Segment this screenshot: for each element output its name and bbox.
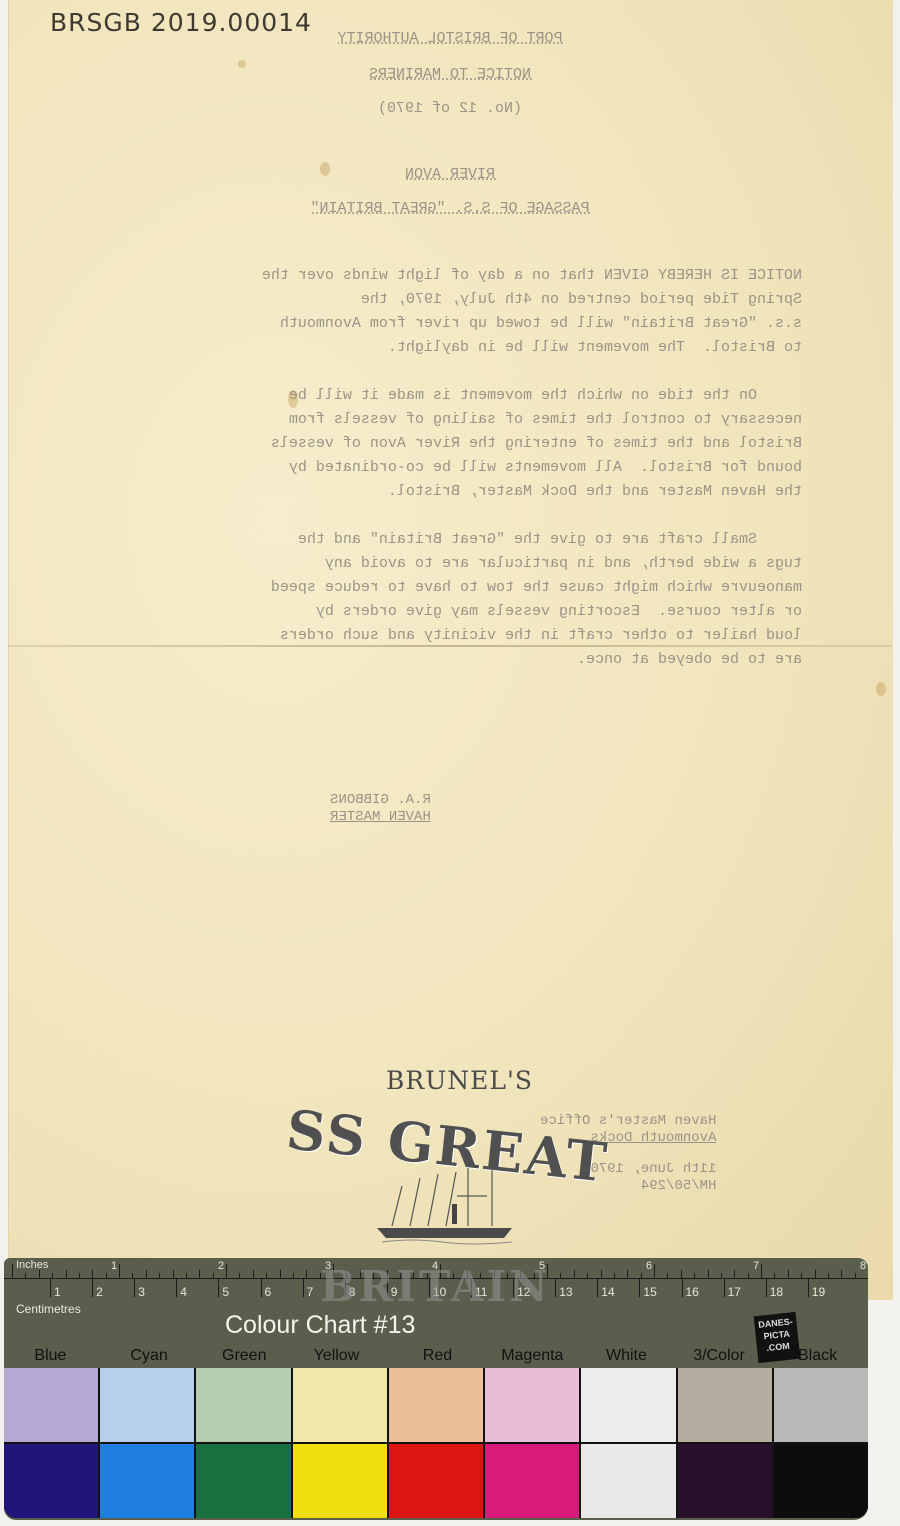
- cm-number: 7: [307, 1285, 314, 1299]
- inch-tick: [708, 1270, 709, 1278]
- swatch-dark-black: [774, 1444, 868, 1518]
- paragraph-3: Small craft are to give the "Great Brita…: [112, 528, 802, 672]
- inch-tick: [694, 1273, 695, 1278]
- swatch-label-yellow: Yellow: [314, 1347, 360, 1365]
- inch-tick: [855, 1273, 856, 1278]
- inch-tick: [574, 1270, 575, 1278]
- danes-picta-badge: DANES-PICTA .COM: [754, 1312, 801, 1363]
- swatch-dark-blue: [4, 1444, 98, 1518]
- cm-number: 5: [222, 1285, 229, 1299]
- swatch-label-white: White: [606, 1347, 647, 1365]
- swatch-dark-cyan: [100, 1444, 194, 1518]
- swatch-light-magenta: [485, 1368, 579, 1442]
- cm-tick: [218, 1279, 219, 1297]
- signatory-title: HAVEN MASTER: [330, 809, 431, 826]
- cm-number: 6: [265, 1285, 272, 1299]
- centimetres-label: Centimetres: [16, 1302, 81, 1316]
- inch-tick: [828, 1273, 829, 1278]
- swatch-label-red: Red: [423, 1347, 452, 1365]
- inch-tick: [734, 1270, 735, 1278]
- inch-number: 1: [111, 1260, 117, 1272]
- inch-tick: [186, 1273, 187, 1278]
- cm-number: 17: [728, 1285, 741, 1299]
- inch-number: 8: [860, 1260, 866, 1272]
- inch-tick: [213, 1273, 214, 1278]
- inch-tick: [614, 1273, 615, 1278]
- inch-number: 7: [753, 1260, 759, 1272]
- paragraph-2: On the tide on which the movement is mad…: [112, 384, 802, 504]
- inches-label: Inches: [16, 1259, 48, 1271]
- foxing-spot: [876, 682, 886, 696]
- paragraph-1: NOTICE IS HEREBY GIVEN that on a day of …: [112, 264, 802, 360]
- inch-tick: [654, 1264, 655, 1278]
- swatch-dark-magenta: [485, 1444, 579, 1518]
- inch-tick: [681, 1270, 682, 1278]
- swatch-label-black: Black: [798, 1347, 837, 1365]
- steamship-icon: [372, 1166, 522, 1246]
- swatch-dark-green: [196, 1444, 290, 1518]
- inch-tick: [587, 1273, 588, 1278]
- logo-britain: BRITAIN: [320, 1262, 551, 1311]
- river-heading: RIVER AVON: [0, 166, 900, 183]
- swatch-label-3-color: 3/Color: [693, 1347, 745, 1365]
- swatch-label-green: Green: [222, 1347, 266, 1365]
- inch-tick: [560, 1273, 561, 1278]
- swatch-light-green: [196, 1368, 290, 1442]
- inch-tick: [280, 1270, 281, 1278]
- swatch-light-blue: [4, 1368, 98, 1442]
- inch-tick: [641, 1273, 642, 1278]
- inch-tick: [25, 1273, 26, 1278]
- inch-tick: [748, 1273, 749, 1278]
- inch-tick: [721, 1273, 722, 1278]
- cm-tick: [766, 1279, 767, 1297]
- swatch-light-cyan: [100, 1368, 194, 1442]
- cm-tick: [261, 1279, 262, 1297]
- swatch-light-black: [774, 1368, 868, 1442]
- cm-number: 19: [812, 1285, 825, 1299]
- swatch-dark-3-color: [678, 1444, 772, 1518]
- swatch-light-white: [581, 1368, 675, 1442]
- inch-tick: [66, 1270, 67, 1278]
- inch-tick: [239, 1273, 240, 1278]
- inch-tick: [627, 1270, 628, 1278]
- swatch-dark-yellow: [293, 1444, 387, 1518]
- cm-tick: [134, 1279, 135, 1297]
- inch-tick: [39, 1270, 40, 1278]
- swatch-label-blue: Blue: [34, 1347, 66, 1365]
- inch-tick: [92, 1270, 93, 1278]
- authority-heading: PORT OF BRISTOL AUTHORITY: [0, 30, 900, 47]
- colour-chart-title: Colour Chart #13: [225, 1311, 415, 1340]
- inch-number: 2: [218, 1260, 224, 1272]
- subject-heading: PASSAGE OF S.S. "GREAT BRITAIN": [0, 200, 900, 217]
- inch-tick: [199, 1270, 200, 1278]
- inch-tick: [132, 1273, 133, 1278]
- swatch-label-cyan: Cyan: [130, 1347, 167, 1365]
- inch-tick: [815, 1270, 816, 1278]
- inch-tick: [601, 1270, 602, 1278]
- inch-tick: [173, 1270, 174, 1278]
- swatch-light-3-color: [678, 1368, 772, 1442]
- cm-tick: [50, 1279, 51, 1297]
- inch-tick: [119, 1264, 120, 1278]
- signatory-name: R.A. GIBBONS: [330, 792, 431, 809]
- inch-tick: [801, 1273, 802, 1278]
- inch-tick: [293, 1273, 294, 1278]
- cm-number: 4: [180, 1285, 187, 1299]
- logo-brunels: BRUNEL'S: [386, 1066, 533, 1095]
- cm-number: 14: [601, 1285, 614, 1299]
- notice-type-heading: NOTICE TO MARINERS: [0, 66, 900, 83]
- inch-tick: [788, 1270, 789, 1278]
- swatch-light-yellow: [293, 1368, 387, 1442]
- inch-tick: [253, 1270, 254, 1278]
- inch-tick: [146, 1270, 147, 1278]
- inch-tick: [306, 1270, 307, 1278]
- cm-tick: [176, 1279, 177, 1297]
- inch-tick: [774, 1273, 775, 1278]
- inch-tick: [52, 1273, 53, 1278]
- cm-tick: [808, 1279, 809, 1297]
- inch-tick: [841, 1270, 842, 1278]
- signature-block: R.A. GIBBONS HAVEN MASTER: [330, 792, 431, 826]
- cm-number: 15: [643, 1285, 656, 1299]
- inch-number: 6: [646, 1260, 652, 1272]
- colour-swatches: [4, 1368, 868, 1518]
- inch-tick: [106, 1273, 107, 1278]
- inch-tick: [79, 1273, 80, 1278]
- inch-tick: [159, 1273, 160, 1278]
- inch-tick: [12, 1264, 13, 1278]
- cm-number: 3: [138, 1285, 145, 1299]
- cm-tick: [639, 1279, 640, 1297]
- cm-tick: [597, 1279, 598, 1297]
- swatch-dark-white: [581, 1444, 675, 1518]
- cm-number: 2: [96, 1285, 103, 1299]
- inch-tick: [266, 1273, 267, 1278]
- swatch-label-magenta: Magenta: [501, 1347, 563, 1365]
- ss-great-britain-logo: BRUNEL'S SS GREAT: [286, 1062, 616, 1262]
- cm-number: 16: [686, 1285, 699, 1299]
- cm-tick: [682, 1279, 683, 1297]
- cm-tick: [555, 1279, 556, 1297]
- swatch-light-red: [389, 1368, 483, 1442]
- cm-tick: [303, 1279, 304, 1297]
- notice-number: (No. 12 of 1970): [0, 100, 900, 117]
- cm-number: 13: [559, 1285, 572, 1299]
- cm-number: 1: [54, 1285, 61, 1299]
- cm-tick: [724, 1279, 725, 1297]
- cm-tick: [92, 1279, 93, 1297]
- inch-tick: [667, 1273, 668, 1278]
- swatch-dark-red: [389, 1444, 483, 1518]
- inch-tick: [226, 1264, 227, 1278]
- cm-number: 18: [770, 1285, 783, 1299]
- inch-tick: [761, 1264, 762, 1278]
